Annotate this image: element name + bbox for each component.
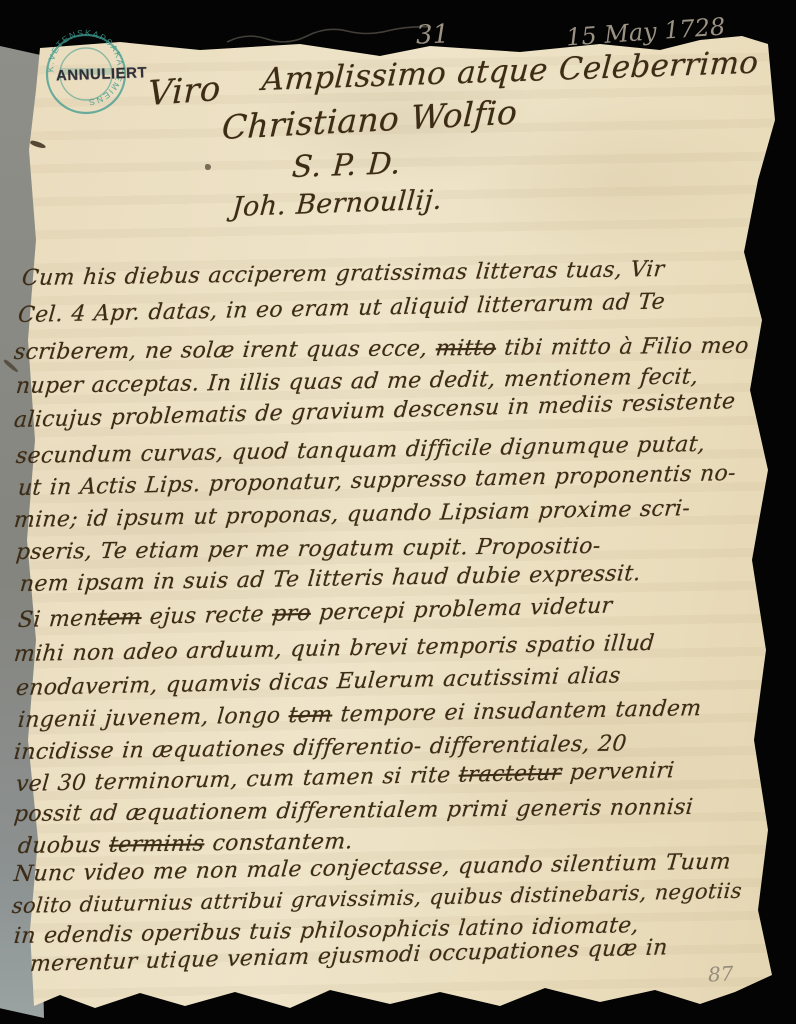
struck-word: tractetur: [458, 761, 563, 788]
ink-speck: [205, 164, 211, 170]
annuliert-overprint: ANNULIERT: [56, 65, 143, 85]
struck-word: tem: [288, 702, 334, 728]
heading-line: S. P. D.: [291, 146, 402, 185]
struck-word: mitto: [435, 336, 498, 362]
manuscript-line: duobus terminis constantem.: [17, 829, 354, 859]
struck-word: tem: [97, 605, 143, 631]
scanned-letter-page: K.VETENSKAPSAKADEMIENS ANNULIERT 31 15 M…: [0, 0, 796, 1024]
pencil-page-number: 87: [707, 961, 734, 986]
struck-word: terminis: [108, 831, 205, 857]
pencil-scribble: [225, 26, 435, 52]
struck-word: pro: [271, 601, 312, 627]
pencil-number-annotation: 31: [415, 19, 449, 50]
heading-line: Viro: [147, 69, 221, 114]
